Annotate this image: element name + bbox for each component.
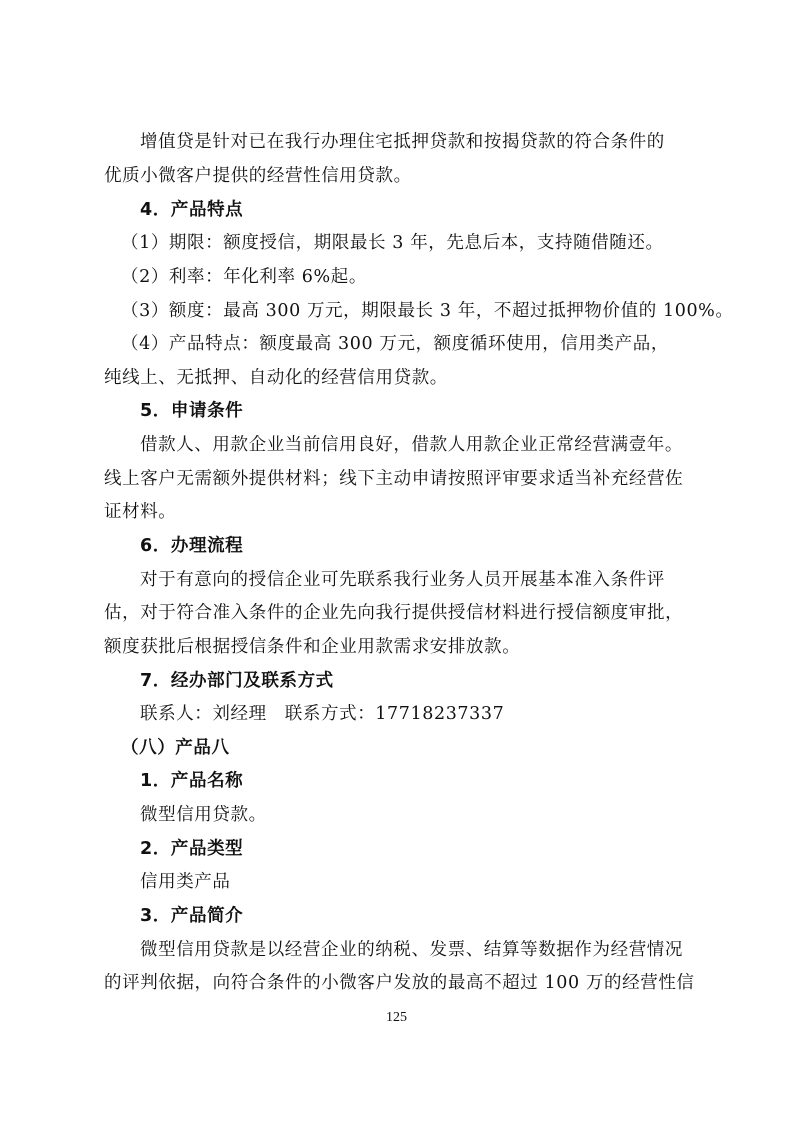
section-heading: 3．产品简介: [140, 905, 243, 927]
section-heading: （八）产品八: [121, 737, 230, 759]
paragraph-line: 对于有意向的授信企业可先联系我行业务人员开展基本准入条件评: [140, 569, 665, 591]
section-heading: 4．产品特点: [140, 199, 243, 221]
section-heading: 1．产品名称: [140, 770, 243, 792]
paragraph-line: 的评判依据，向符合条件的小微客户发放的最高不超过 100 万的经营性信: [104, 972, 695, 994]
section-heading: 7．经办部门及联系方式: [140, 670, 334, 692]
paragraph-line: 信用类产品: [140, 871, 231, 893]
paragraph-line: 优质小微客户提供的经营性信用贷款。: [104, 165, 412, 187]
section-heading: 6．办理流程: [140, 535, 243, 557]
paragraph-line: 证材料。: [104, 501, 176, 523]
paragraph-line: 纯线上、无抵押、自动化的经营信用贷款。: [104, 367, 448, 389]
paragraph-line: 微型信用贷款是以经营企业的纳税、发票、结算等数据作为经营情况: [140, 939, 683, 961]
section-heading: 2．产品类型: [140, 838, 243, 860]
paragraph-line: 额度获批后根据授信条件和企业用款需求安排放款。: [104, 636, 520, 658]
paragraph-line: （4）产品特点：额度最高 300 万元，额度循环使用，信用类产品，: [121, 333, 669, 355]
paragraph-line: 估，对于符合准入条件的企业先向我行提供授信材料进行授信额度审批，: [104, 602, 683, 624]
page-number: 125: [0, 1010, 793, 1026]
paragraph-line: 联系人：刘经理 联系方式：17718237337: [140, 703, 504, 725]
paragraph-line: （2）利率：年化利率 6%起。: [121, 266, 367, 288]
section-heading: 5．申请条件: [140, 400, 243, 422]
paragraph-line: 借款人、用款企业当前信用良好，借款人用款企业正常经营满壹年。: [140, 434, 683, 456]
paragraph-line: 增值贷是针对已在我行办理住宅抵押贷款和按揭贷款的符合条件的: [140, 131, 665, 153]
paragraph-line: 微型信用贷款。: [140, 804, 267, 826]
paragraph-line: 线上客户无需额外提供材料；线下主动申请按照评审要求适当补充经营佐: [104, 468, 683, 490]
paragraph-line: （1）期限：额度授信，期限最长 3 年，先息后本，支持随借随还。: [121, 232, 664, 254]
paragraph-line: （3）额度：最高 300 万元，期限最长 3 年，不超过抵押物价值的 100%。: [121, 300, 734, 322]
